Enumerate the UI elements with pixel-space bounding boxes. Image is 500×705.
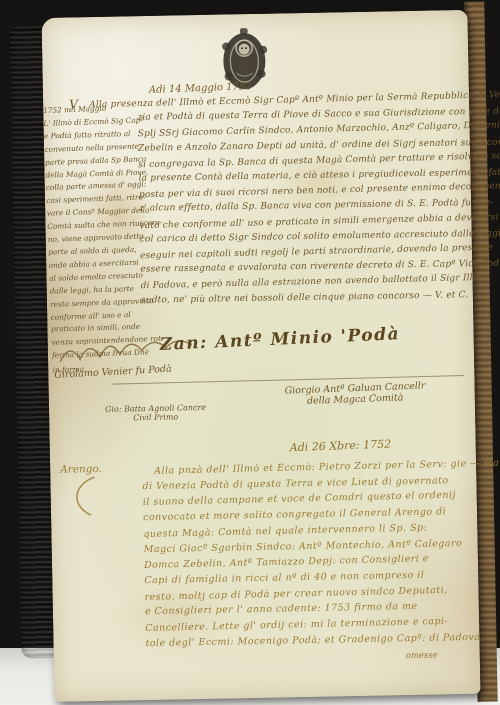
signature-chancellor: Gio: Batta Agnoli Cancre Civil Primo	[105, 403, 206, 423]
margin-note-line: della Magà Comtà di Piove,	[45, 166, 161, 182]
second-act-text: Alla pnzà dell' Illmò et Eccmò: Pietro Z…	[142, 456, 500, 652]
closing-word: omesse	[406, 651, 438, 662]
manuscript-page: Adi 14 Maggio 1752 V Alla presenza dell'…	[41, 10, 480, 702]
margin-word-arengo: Arengo.	[60, 463, 102, 476]
signature-community-chancellor: Giorgio Antº Galuan Cancellr della Magca…	[284, 381, 426, 408]
scanned-manuscript: Adi 14 Maggio 1752 V Alla presenza dell'…	[0, 0, 500, 705]
open-book: Adi 14 Maggio 1752 V Alla presenza dell'…	[9, 1, 500, 705]
date-line-second-act: Adi 26 Xbre: 1752	[290, 438, 392, 455]
signature-podesta: Zan: Antº Minio 'Podà	[159, 324, 400, 355]
first-act-text: Alla presenza dell' Illmò et Eccmò Sigr …	[137, 89, 500, 309]
arengo-flourish	[68, 475, 99, 518]
